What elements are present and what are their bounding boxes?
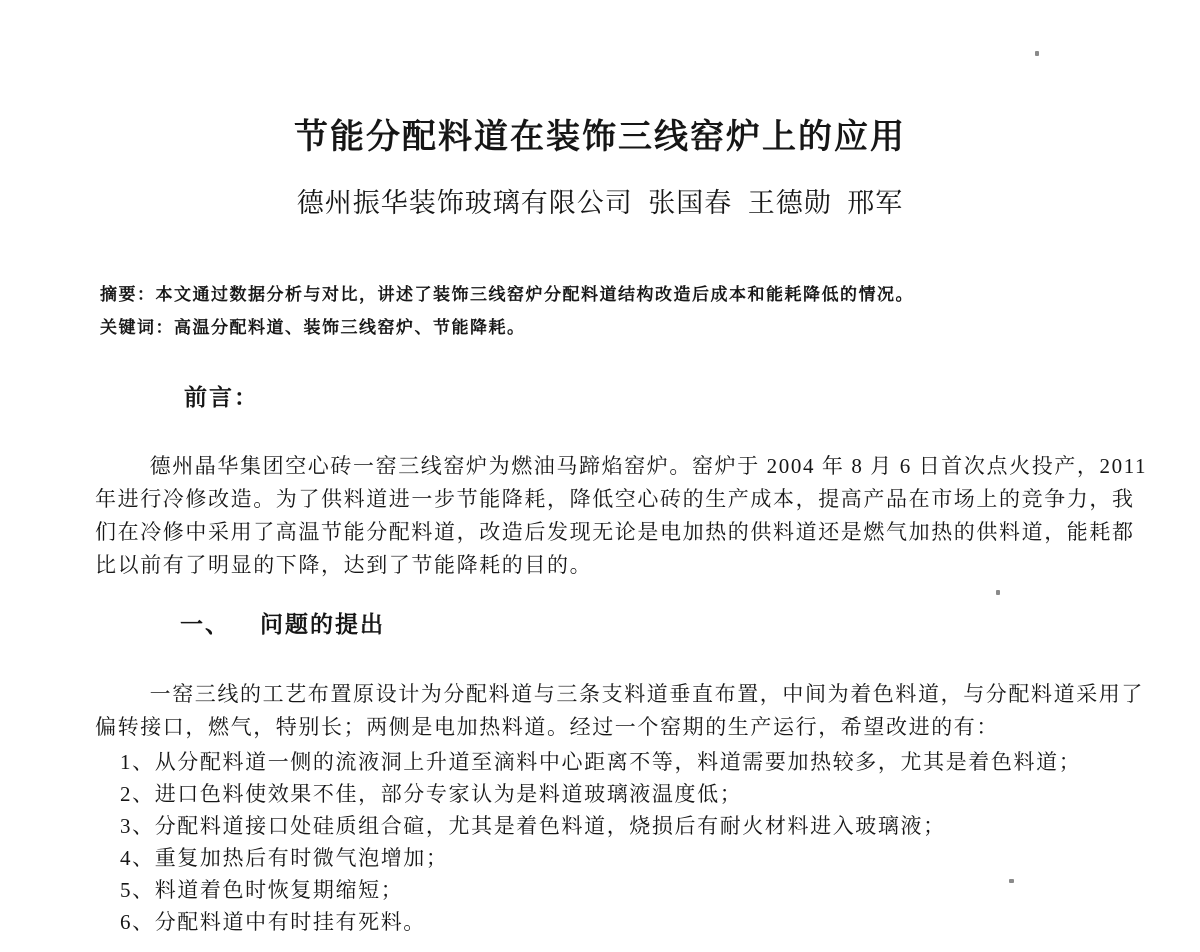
abstract-label: 摘要：: [100, 285, 156, 304]
keywords-label: 关键词：: [100, 318, 174, 337]
list-item: 6、分配料道中有时挂有死料。: [120, 906, 1140, 938]
byline-authors: 德州振华装饰玻璃有限公司 张国春 王德勋 邢军: [0, 186, 1200, 220]
section-title: 问题的提出: [260, 611, 385, 637]
list-item: 4、重复加热后有时微气泡增加；: [120, 842, 1140, 874]
paragraph-line: 年进行冷修改造。为了供料道进一步节能降耗，降低空心砖的生产成本，提高产品在市场上…: [95, 483, 1140, 516]
abstract-text: 本文通过数据分析与对比，讲述了装饰三线窑炉分配料道结构改造后成本和能耗降低的情况…: [156, 285, 915, 304]
section-1-heading: 一、问题的提出: [180, 610, 1200, 638]
scan-speck: [1035, 51, 1039, 56]
list-item: 5、料道着色时恢复期缩短；: [120, 874, 1140, 906]
scan-speck: [1009, 879, 1014, 883]
list-item: 2、进口色料使效果不佳，部分专家认为是料道玻璃液温度低；: [120, 778, 1140, 810]
scanned-document-page: 节能分配料道在装饰三线窑炉上的应用 德州振华装饰玻璃有限公司 张国春 王德勋 邢…: [0, 0, 1200, 952]
paragraph-line: 偏转接口，燃气，特别长；两侧是电加热料道。经过一个窑期的生产运行，希望改进的有：: [95, 711, 1140, 744]
scan-speck: [996, 590, 1000, 595]
section-number: 一、: [180, 611, 230, 637]
paragraph-line: 德州晶华集团空心砖一窑三线窑炉为燃油马蹄焰窑炉。窑炉于 2004 年 8 月 6…: [95, 450, 1140, 483]
preface-heading: 前言：: [184, 384, 1200, 410]
abstract-block: 摘要：本文通过数据分析与对比，讲述了装饰三线窑炉分配料道结构改造后成本和能耗降低…: [100, 278, 1140, 344]
paragraph-line: 一窑三线的工艺布置原设计为分配料道与三条支料道垂直布置，中间为着色料道，与分配料…: [95, 678, 1140, 711]
list-item: 3、分配料道接口处硅质组合碹，尤其是着色料道，烧损后有耐火材料进入玻璃液；: [120, 810, 1140, 842]
abstract-row: 摘要：本文通过数据分析与对比，讲述了装饰三线窑炉分配料道结构改造后成本和能耗降低…: [100, 278, 1140, 311]
list-item: 1、从分配料道一侧的流液洞上升道至滴料中心距离不等，料道需要加热较多，尤其是着色…: [120, 746, 1140, 778]
paragraph-line: 比以前有了明显的下降，达到了节能降耗的目的。: [95, 549, 1140, 582]
keywords-text: 高温分配料道、装饰三线窑炉、节能降耗。: [174, 318, 526, 337]
problem-list: 1、从分配料道一侧的流液洞上升道至滴料中心距离不等，料道需要加热较多，尤其是着色…: [120, 746, 1140, 938]
preface-paragraph: 德州晶华集团空心砖一窑三线窑炉为燃油马蹄焰窑炉。窑炉于 2004 年 8 月 6…: [95, 450, 1140, 582]
section-1-paragraph: 一窑三线的工艺布置原设计为分配料道与三条支料道垂直布置，中间为着色料道，与分配料…: [95, 678, 1140, 744]
page-title: 节能分配料道在装饰三线窑炉上的应用: [0, 0, 1200, 158]
paragraph-line: 们在冷修中采用了高温节能分配料道，改造后发现无论是电加热的供料道还是燃气加热的供…: [95, 516, 1140, 549]
keywords-row: 关键词：高温分配料道、装饰三线窑炉、节能降耗。: [100, 311, 1140, 344]
